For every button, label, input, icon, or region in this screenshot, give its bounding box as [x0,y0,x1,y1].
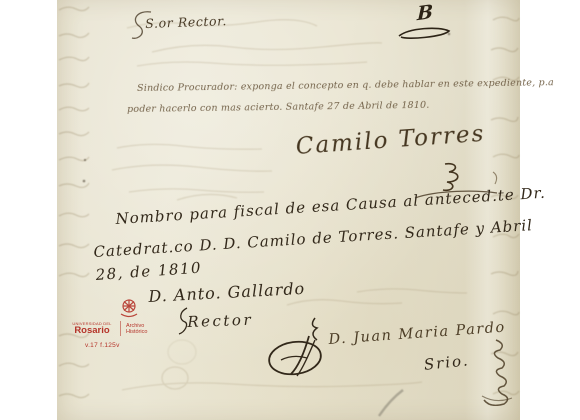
university-name-main: Rosario [69,326,115,335]
manuscript-scan: B S.or Rector. Sindico Procurador: expon… [57,0,520,420]
archive-division: Archivo Histórico [126,323,147,335]
folio-mark-letter: B [417,1,434,26]
salutation-swash [129,8,155,42]
university-crest-icon [117,297,141,319]
gallardo-rubric-flourish [257,316,337,378]
watermark-divider [120,321,121,336]
university-name: UNIVERSIDAD DEL Rosario [69,322,115,335]
archive-division-line1: Archivo [126,323,147,329]
folio-reference: v.17 f.125v [85,342,189,349]
pardo-coil-flourish [476,338,518,406]
folio-underline-flourish [395,24,455,40]
rector-title: Rector [187,311,253,331]
folio-mark: B [395,2,455,40]
archive-watermark: UNIVERSIDAD DEL Rosario Archivo Históric… [69,297,189,349]
archive-division-line2: Histórico [126,329,147,335]
salutation: S.or Rector. [145,13,227,31]
